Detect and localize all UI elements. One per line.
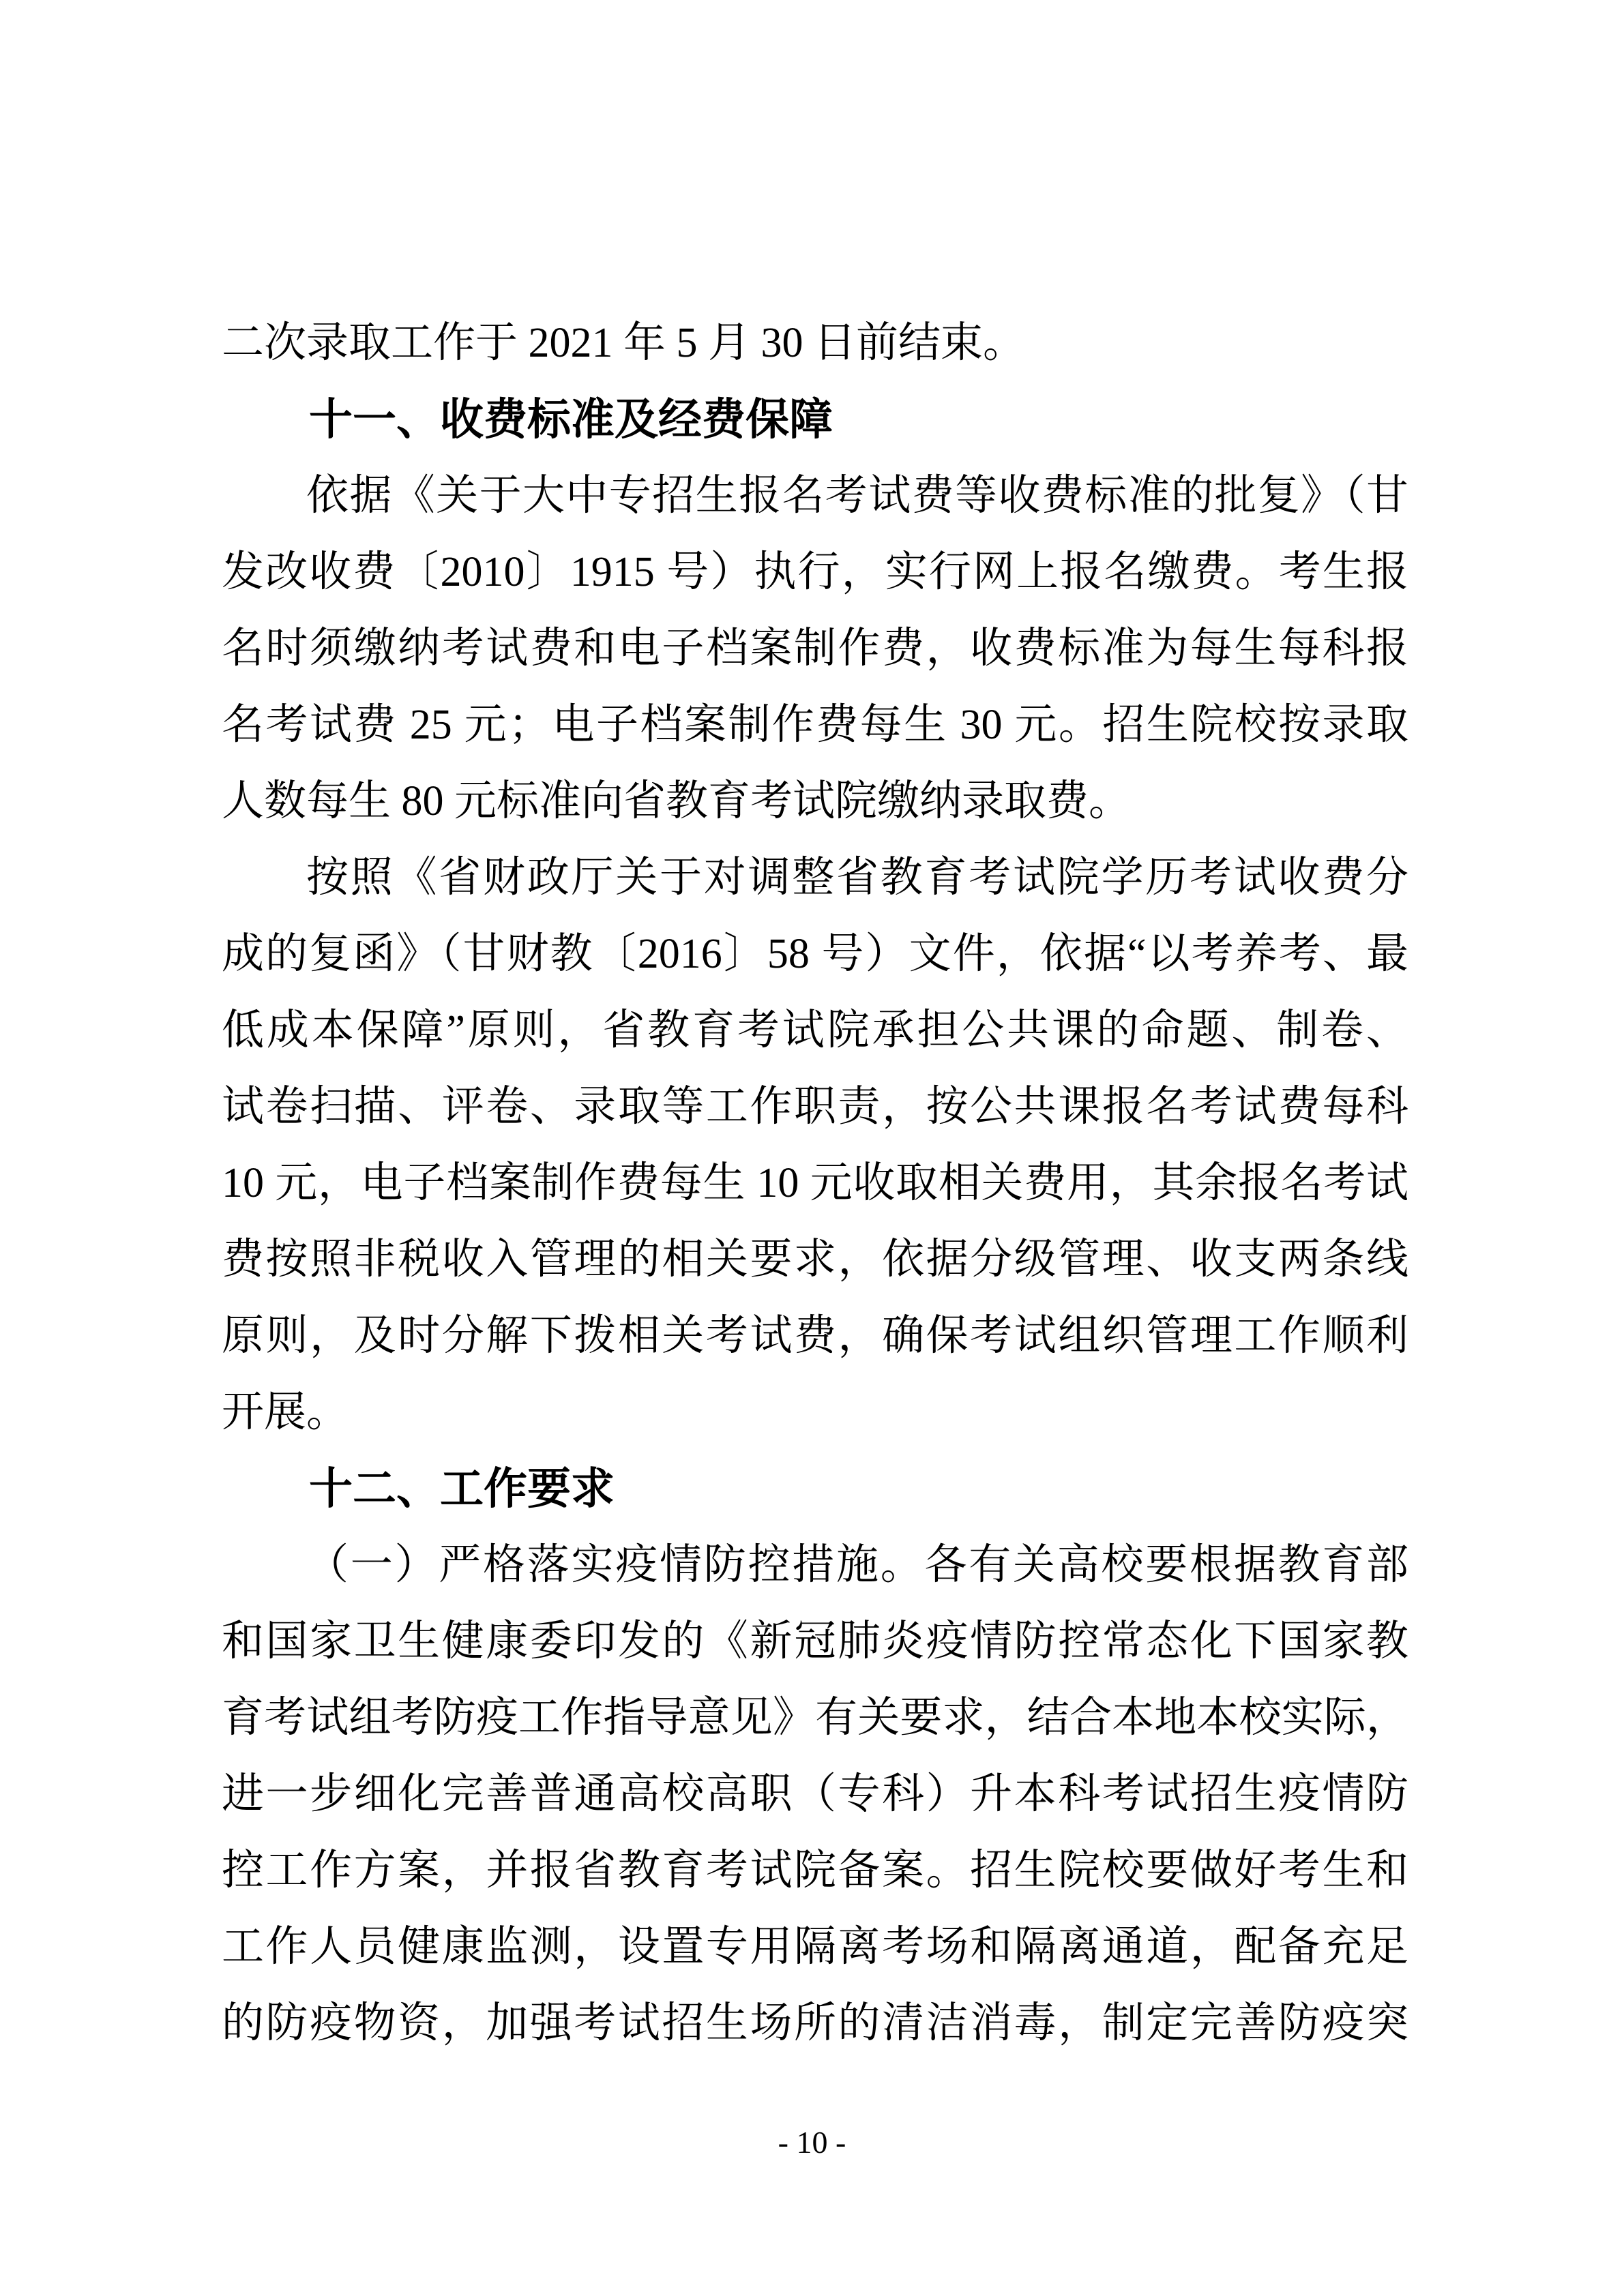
text-line: （一）严格落实疫情防控措施。各有关高校要根据教育部 — [222, 1527, 1408, 1603]
text-line: 名考试费 25 元；电子档案制作费每生 30 元。招生院校按录取 — [222, 687, 1408, 763]
section-heading-12: 十二、工作要求 — [222, 1450, 1408, 1527]
text-line: 名时须缴纳考试费和电子档案制作费，收费标准为每生每科报 — [222, 610, 1408, 687]
text-line: 成的复函》（甘财教〔2016〕58 号）文件，依据“以考养考、最 — [222, 916, 1408, 992]
text-line: 二次录取工作于 2021 年 5 月 30 日前结束。 — [222, 305, 1408, 381]
text-line: 人数每生 80 元标准向省教育考试院缴纳录取费。 — [222, 763, 1408, 839]
text-line: 开展。 — [222, 1374, 1408, 1450]
text-line: 依据《关于大中专招生报名考试费等收费标准的批复》（甘 — [222, 458, 1408, 534]
text-line: 低成本保障”原则，省教育考试院承担公共课的命题、制卷、 — [222, 992, 1408, 1069]
text-line: 发改收费〔2010〕1915 号）执行，实行网上报名缴费。考生报 — [222, 534, 1408, 610]
document-body: 二次录取工作于 2021 年 5 月 30 日前结束。 十一、收费标准及经费保障… — [222, 305, 1408, 2061]
section-heading-11: 十一、收费标准及经费保障 — [222, 381, 1408, 458]
text-line: 费按照非税收入管理的相关要求，依据分级管理、收支两条线 — [222, 1221, 1408, 1298]
text-line: 的防疫物资，加强考试招生场所的清洁消毒，制定完善防疫突 — [222, 1985, 1408, 2061]
page-number: - 10 - — [0, 2122, 1624, 2163]
text-line: 试卷扫描、评卷、录取等工作职责，按公共课报名考试费每科 — [222, 1069, 1408, 1145]
text-line: 10 元，电子档案制作费每生 10 元收取相关费用，其余报名考试 — [222, 1145, 1408, 1221]
text-line: 控工作方案，并报省教育考试院备案。招生院校要做好考生和 — [222, 1832, 1408, 1909]
text-line: 进一步细化完善普通高校高职（专科）升本科考试招生疫情防 — [222, 1756, 1408, 1832]
document-page: 二次录取工作于 2021 年 5 月 30 日前结束。 十一、收费标准及经费保障… — [0, 0, 1624, 2296]
text-line: 按照《省财政厅关于对调整省教育考试院学历考试收费分 — [222, 839, 1408, 916]
text-line: 和国家卫生健康委印发的《新冠肺炎疫情防控常态化下国家教 — [222, 1603, 1408, 1680]
text-line: 原则，及时分解下拨相关考试费，确保考试组织管理工作顺利 — [222, 1298, 1408, 1374]
text-line: 育考试组考防疫工作指导意见》有关要求，结合本地本校实际， — [222, 1680, 1408, 1756]
text-line: 工作人员健康监测，设置专用隔离考场和隔离通道，配备充足 — [222, 1909, 1408, 1985]
